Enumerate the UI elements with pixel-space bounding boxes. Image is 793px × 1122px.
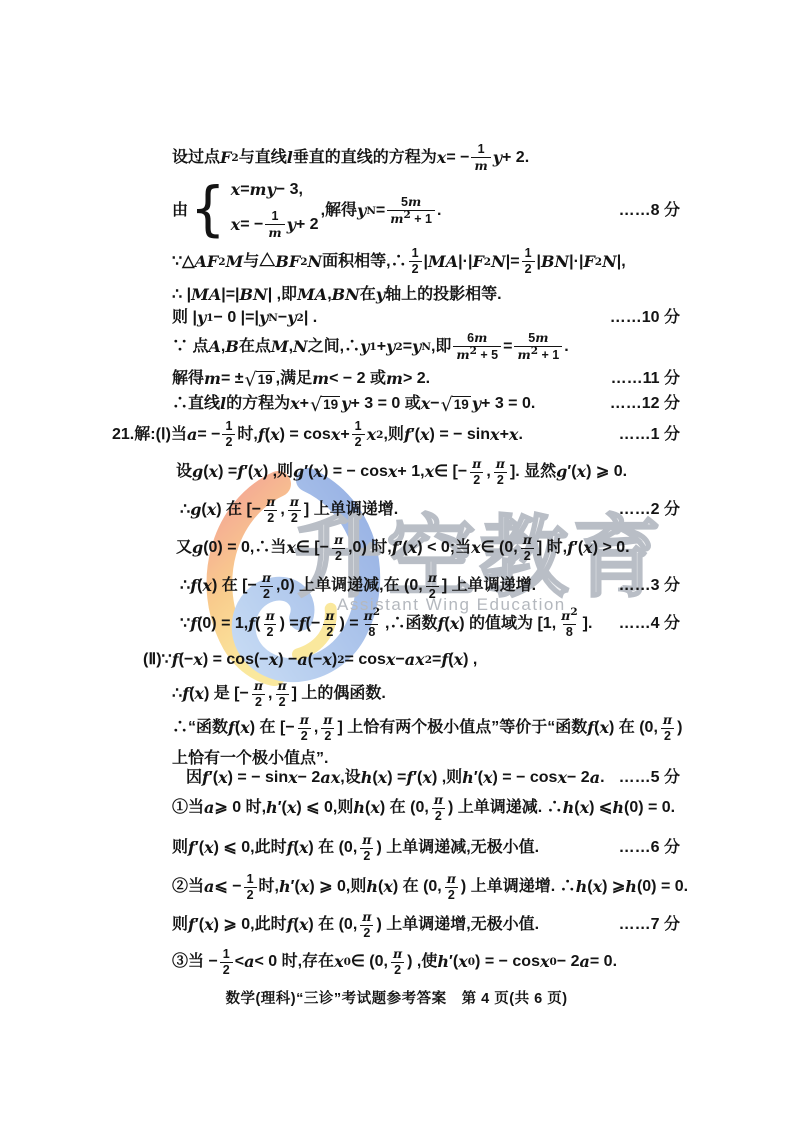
answer-line: 21.解:(Ⅰ)当 a = − 12 时,f(x) = cosx + 12x2,… <box>112 419 680 450</box>
math-variable: x <box>253 462 263 482</box>
math-variable: f <box>190 576 197 596</box>
text-run: 上恰有一个极小值点”. <box>172 749 328 769</box>
text-run: ) 在 [− <box>250 718 295 738</box>
math-variable: N <box>491 252 506 272</box>
text-run: 2 <box>324 729 331 743</box>
math-variable: f <box>587 718 594 738</box>
fraction-numerator: 1 <box>475 142 488 157</box>
text-run: 2 <box>525 262 532 276</box>
math-variable: a <box>187 425 197 445</box>
math-variable: h <box>353 798 365 818</box>
math-variable: f <box>237 462 244 482</box>
text-run: ) = <box>339 614 358 634</box>
text-run: ) = − sin <box>430 425 490 445</box>
answer-line: ∴g(x) 在 [− π2,π2] 上单调递增.……2 分 <box>180 494 680 526</box>
text-run: 与直线 <box>239 148 287 168</box>
fraction-denominator: 2 <box>409 261 422 277</box>
text-run: (0) = 0. <box>624 798 675 818</box>
math-fraction: π2 <box>425 570 440 602</box>
math-variable: m <box>474 158 487 173</box>
text-run: ∵ <box>180 614 190 634</box>
text-run: ) ⩽ <box>589 798 612 818</box>
text-run: = <box>403 337 412 357</box>
math-variable: π <box>265 608 274 623</box>
radicand: 19 <box>256 371 275 389</box>
math-variable: MA <box>428 252 458 272</box>
text-run: ) = − cos <box>323 462 388 482</box>
math-fraction: 12 <box>352 419 365 450</box>
text-run: = − <box>240 215 263 235</box>
math-variable: x <box>437 148 447 168</box>
text-run: ∈ (0, <box>351 952 388 972</box>
math-variable: x <box>299 838 309 858</box>
text-run: ,0) 上单调递减,在 (0, <box>276 576 423 596</box>
fraction-denominator: 2 <box>470 472 483 488</box>
math-radical: √19 <box>441 396 471 415</box>
text-run: , <box>268 684 272 704</box>
text-run: ∈ [− <box>434 462 467 482</box>
answer-line: ∴ f(x) 在 [− π2,0) 上单调递减,在 (0,π2] 上单调递增.…… <box>180 570 680 602</box>
text-run: 1 <box>355 419 362 433</box>
math-variable: y <box>386 337 395 357</box>
text-run: 则 <box>172 838 188 858</box>
text-run: ) ⩽ 0,此时 <box>214 838 287 858</box>
text-run: (0) = 0,∴当 <box>203 538 286 558</box>
math-fraction: π2 <box>493 456 508 488</box>
text-run: ) ,则 <box>432 768 462 788</box>
radicand: 19 <box>452 396 471 414</box>
math-variable: f <box>287 915 294 935</box>
text-run: 2 <box>263 587 270 601</box>
math-fraction: 5mm2 + 1 <box>514 330 562 363</box>
text-run: ②当 <box>172 877 204 897</box>
text-run: |=| <box>221 285 239 305</box>
text-run: , <box>486 462 490 482</box>
math-fraction: π2 <box>469 456 484 488</box>
text-run: 1 <box>478 142 485 156</box>
text-run: 2 <box>267 511 274 525</box>
text-run: ①当 <box>172 798 204 818</box>
math-variable: y <box>287 308 296 328</box>
system-row: x = my − 3, <box>231 180 319 200</box>
text-run: , <box>314 718 318 738</box>
math-variable: a <box>590 768 600 788</box>
fraction-denominator: 2 <box>244 887 257 903</box>
fraction-denominator: m2 + 5 <box>453 346 501 363</box>
fraction-denominator: 2 <box>321 728 334 744</box>
text-run: ) 的值域为 [1, <box>459 614 556 634</box>
math-fraction: 1m <box>471 142 490 174</box>
math-variable: f <box>258 425 265 445</box>
text-run: ) ,则 <box>263 462 293 482</box>
text-run: |, <box>617 252 626 272</box>
system-rows: x = my − 3,x = − 1my + 2 <box>231 180 319 241</box>
text-run: ∈ [− <box>296 538 329 558</box>
text-run: ) 上单调递增. ∴ <box>461 877 576 897</box>
fraction-numerator: 5m <box>525 330 551 346</box>
text-run: ,∴函数 <box>385 614 437 634</box>
math-variable: x <box>422 768 432 788</box>
text-run: 2 <box>223 963 230 977</box>
text-run: ] 上单调递增. <box>442 576 536 596</box>
answer-line: ∴f(x) 是 [− π2,π2] 上的偶函数. <box>172 678 680 710</box>
math-variable: m <box>408 194 421 209</box>
math-variable: y <box>341 394 350 414</box>
text-run: (− <box>306 614 321 634</box>
math-variable: x <box>207 500 217 520</box>
math-variable: x <box>313 462 323 482</box>
math-variable: x <box>299 915 309 935</box>
answer-line: 则 f′(x) ⩽ 0,此时 f(x) 在 (0,π2) 上单调递减,无极小值.… <box>172 832 680 864</box>
math-variable: f <box>190 614 197 634</box>
text-run: 2 <box>664 729 671 743</box>
text-run: ′( <box>278 798 287 818</box>
text-run: 2 <box>291 511 298 525</box>
text-run: + <box>500 425 509 445</box>
score-mark: ……6 分 <box>619 838 680 858</box>
math-superscript: 2 <box>570 606 577 618</box>
math-fraction: 1m <box>265 209 284 241</box>
fraction-numerator: π <box>322 608 337 624</box>
text-run: ) = cos(− <box>203 650 269 670</box>
math-variable: N <box>293 337 308 357</box>
fraction-numerator: 6m <box>464 330 490 346</box>
answer-line: ①当 a ⩾ 0 时,h′(x) ⩽ 0,则 h(x) 在 (0,π2) 上单调… <box>172 792 680 824</box>
math-variable: π <box>523 532 532 547</box>
text-run: ) 在 (0, <box>393 877 442 897</box>
math-variable: a <box>580 952 590 972</box>
text-run: ] 上单调递增. <box>304 500 398 520</box>
math-fraction: 12 <box>409 246 422 277</box>
math-fraction: π2 <box>263 494 278 526</box>
text-run: + 1 <box>411 212 432 226</box>
text-run: 5 <box>401 195 408 209</box>
math-variable: f <box>437 614 444 634</box>
text-run: ) 是 [− <box>204 684 249 704</box>
math-variable: m <box>456 347 469 362</box>
math-variable: π <box>428 570 437 585</box>
math-variable: m <box>312 369 329 389</box>
fraction-denominator: 2 <box>432 808 445 824</box>
math-variable: h <box>279 877 291 897</box>
text-run: ) = <box>387 768 406 788</box>
math-variable: m <box>535 330 548 345</box>
fraction-numerator: π <box>493 456 508 472</box>
text-run: ] 时, <box>537 538 567 558</box>
math-variable: y <box>287 215 296 235</box>
math-fraction: π2 <box>251 678 266 710</box>
system-brace: { <box>190 184 226 237</box>
text-run: 在 <box>360 285 376 305</box>
math-variable: x <box>286 538 296 558</box>
fraction-numerator: 1 <box>522 246 535 261</box>
math-variable: g <box>192 538 203 558</box>
answer-line: 上恰有一个极小值点”. <box>172 749 680 769</box>
math-variable: x <box>334 952 344 972</box>
text-run: ∴ <box>172 684 182 704</box>
text-run: ′( <box>399 538 408 558</box>
text-run: 2 <box>355 435 362 449</box>
fraction-denominator: 2 <box>222 434 235 450</box>
text-run: − 2 <box>567 768 590 788</box>
math-variable: h <box>437 952 449 972</box>
score-mark: ……7 分 <box>619 915 680 935</box>
text-run: 2 <box>326 625 333 639</box>
math-variable: a <box>244 952 254 972</box>
math-variable: x <box>557 768 567 788</box>
answer-line: 由 {x = my − 3,x = − 1my + 2,解得 yN = 5mm2… <box>172 180 680 241</box>
text-run: ) ,使 <box>407 952 437 972</box>
fraction-numerator: π <box>469 456 484 472</box>
math-fraction: π2 <box>431 792 446 824</box>
math-variable: f <box>404 425 411 445</box>
text-run: + 3 = 0. <box>481 394 535 414</box>
math-fraction: 6mm2 + 5 <box>453 330 501 363</box>
text-run: 2 <box>497 473 504 487</box>
math-variable: x <box>202 576 212 596</box>
math-variable: f <box>299 614 306 634</box>
text-run: 2 <box>435 809 442 823</box>
math-variable: N <box>602 252 617 272</box>
math-variable: x <box>269 650 279 670</box>
text-run: ) = − cos <box>493 768 558 788</box>
answer-line: ∴“函数 f(x) 在 [− π2,π2] 上恰有两个极小值点”等价于“函数 f… <box>172 712 680 744</box>
math-variable: h <box>625 877 637 897</box>
math-variable: x <box>331 425 341 445</box>
math-variable: π <box>561 608 570 623</box>
text-run: ,0) 时, <box>348 538 392 558</box>
math-variable: π <box>364 608 373 623</box>
text-run: ′( <box>195 915 204 935</box>
text-run: 解得 <box>172 369 204 389</box>
math-variable: π <box>472 456 481 471</box>
fraction-denominator: 2 <box>298 728 311 744</box>
math-variable: g <box>192 462 203 482</box>
math-variable: x <box>471 538 481 558</box>
math-variable: A <box>208 337 220 357</box>
text-run: 又 <box>176 538 192 558</box>
fraction-numerator: 1 <box>244 872 257 887</box>
math-fraction: π2 <box>320 712 335 744</box>
text-run: . <box>437 201 441 221</box>
math-variable: f <box>406 768 413 788</box>
text-run: |·| <box>569 252 583 272</box>
math-variable: g <box>293 462 304 482</box>
math-fraction: π2 <box>359 832 374 864</box>
fraction-numerator: π <box>390 946 405 962</box>
math-variable: f <box>182 684 189 704</box>
math-variable: m <box>386 369 403 389</box>
math-variable: x <box>593 877 603 897</box>
math-variable: x <box>378 768 388 788</box>
text-run: 的方程为 <box>226 394 290 414</box>
math-variable: m <box>268 225 281 240</box>
radicand: 19 <box>321 396 340 414</box>
math-variable: x <box>231 180 241 200</box>
text-run: ,设 <box>340 768 360 788</box>
text-run: ′( <box>244 462 253 482</box>
math-variable: F <box>472 252 483 272</box>
text-run: 与△ <box>243 252 275 272</box>
text-run: − <box>395 650 404 670</box>
fraction-numerator: π <box>274 678 289 694</box>
text-run: 2 <box>429 587 436 601</box>
text-run: 2 <box>394 963 401 977</box>
text-run: . <box>564 337 568 357</box>
answer-line: ②当 a ⩽ − 12 时,h′(x) ⩾ 0,则 h(x) 在 (0,π2) … <box>172 871 680 903</box>
math-variable: f <box>188 915 195 935</box>
math-variable: x <box>218 768 228 788</box>
text-run: ) 在 (0, <box>308 915 357 935</box>
text-run: 轴上的投影相等. <box>385 285 501 305</box>
text-run: ′( <box>209 768 218 788</box>
math-variable: y <box>493 148 502 168</box>
text-run: ∈ (0, <box>481 538 518 558</box>
answer-line: 因 f′(x) = − sinx − 2ax ,设 h(x) = f′(x) ,… <box>186 768 680 788</box>
text-run: 1 <box>225 419 232 433</box>
text-run: 2 <box>301 729 308 743</box>
fraction-denominator: 2 <box>426 586 439 602</box>
math-variable: BN <box>541 252 569 272</box>
text-run: ) = <box>280 614 299 634</box>
math-variable: MA <box>191 285 221 305</box>
math-variable: x <box>193 650 203 670</box>
fraction-numerator: π <box>444 871 459 887</box>
answer-line: (Ⅱ)∵f(− x) = cos(− x) − a (− x)2 = cosx … <box>143 650 680 670</box>
fraction-numerator: π <box>262 608 277 624</box>
text-run: 2 <box>335 549 342 563</box>
text-run: + 5 <box>477 348 498 362</box>
math-variable: π <box>266 494 275 509</box>
fraction-numerator: 1 <box>352 419 365 434</box>
text-run: ′( <box>195 838 204 858</box>
math-variable: my <box>250 180 276 200</box>
math-variable: h <box>576 877 588 897</box>
answer-line: ∴直线 l 的方程为 x + √19y + 3 = 0 或 x − √19y +… <box>172 394 680 414</box>
text-run: 因 <box>186 768 202 788</box>
math-variable: h <box>366 877 378 897</box>
text-run: 21.解:(Ⅰ)当 <box>112 425 187 445</box>
text-run: + <box>377 337 386 357</box>
math-variable: x <box>580 798 590 818</box>
text-run: 由 <box>172 201 188 221</box>
text-run: (− <box>179 650 194 670</box>
text-run: ∴ <box>180 500 190 520</box>
math-fraction: π2 <box>322 608 337 640</box>
math-variable: f <box>287 838 294 858</box>
fraction-numerator: π <box>297 712 312 728</box>
fraction-denominator: 2 <box>332 548 345 564</box>
text-run: ) 上单调递增,无极小值. <box>376 915 539 935</box>
text-run: 8 <box>566 625 573 639</box>
math-fraction: π2 <box>520 532 535 564</box>
math-variable: x <box>290 394 300 414</box>
math-variable: a <box>297 650 307 670</box>
text-run: = ± <box>221 369 244 389</box>
fraction-numerator: π <box>359 832 374 848</box>
math-variable: ax <box>405 650 425 670</box>
answer-line: 又 g(0) = 0,∴当 x ∈ [− π2,0) 时,f′(x) < 0;当… <box>176 532 680 564</box>
text-run: ∴直线 <box>172 394 220 414</box>
math-variable: x <box>509 425 519 445</box>
score-mark: ……8 分 <box>619 201 680 221</box>
math-superscript: 2 <box>404 209 411 221</box>
math-variable: BN <box>240 285 268 305</box>
math-variable: π <box>362 832 371 847</box>
text-run: − <box>278 308 287 328</box>
text-run: 时, <box>237 425 257 445</box>
math-variable: π <box>325 608 334 623</box>
fraction-denominator: 2 <box>288 510 301 526</box>
text-run: ) < 0;当 <box>417 538 471 558</box>
text-run: ′( <box>413 768 422 788</box>
text-run: 8 <box>368 625 375 639</box>
math-radical: √19 <box>245 371 275 390</box>
math-variable: m <box>204 369 221 389</box>
fraction-numerator: π2 <box>361 608 383 624</box>
math-variable: π <box>300 712 309 727</box>
text-run: 1 <box>247 872 254 886</box>
fraction-numerator: π <box>359 909 374 925</box>
fraction-numerator: π2 <box>558 608 580 624</box>
math-variable: x <box>454 650 464 670</box>
math-variable: h <box>361 768 373 788</box>
text-run: < 0 时,存在 <box>254 952 334 972</box>
fraction-denominator: 2 <box>264 624 277 640</box>
text-run: ) 在 [− <box>212 576 257 596</box>
math-variable: ax <box>320 768 340 788</box>
fraction-denominator: 2 <box>522 261 535 277</box>
text-run: ) 上单调递减,无极小值. <box>376 838 539 858</box>
text-run: ) 在 (0, <box>380 798 429 818</box>
text-run: ) ⩾ 0,此时 <box>214 915 287 935</box>
math-variable: π <box>434 792 443 807</box>
math-variable: h <box>462 768 474 788</box>
math-fraction: π2 <box>660 712 675 744</box>
math-variable: g <box>556 462 567 482</box>
text-run: ,即 <box>431 337 451 357</box>
math-variable: x <box>421 394 431 414</box>
score-mark: ……1 分 <box>619 425 680 445</box>
fraction-denominator: 2 <box>521 548 534 564</box>
math-fraction: π2 <box>274 678 289 710</box>
text-run: 2 <box>524 549 531 563</box>
math-variable: f <box>172 650 179 670</box>
fraction-numerator: 1 <box>268 209 281 224</box>
text-run: 设过点 <box>172 148 220 168</box>
fraction-denominator: 2 <box>360 925 373 941</box>
fraction-numerator: 1 <box>220 947 233 962</box>
text-run: | . <box>304 308 317 328</box>
equation-system: {x = my − 3,x = − 1my + 2 <box>190 180 319 241</box>
text-run: ∵ 点 <box>172 337 208 357</box>
text-run: , <box>280 500 284 520</box>
math-variable: x <box>583 538 593 558</box>
text-run: 则 <box>172 915 188 935</box>
text-run: 之间,∴ <box>308 337 360 357</box>
text-run: ′( <box>291 877 300 897</box>
text-run: 2 <box>255 695 262 709</box>
math-variable: M <box>271 337 289 357</box>
math-variable: π <box>290 494 299 509</box>
math-variable: BN <box>332 285 360 305</box>
text-run: 则 | <box>172 308 197 328</box>
math-variable: BF <box>275 252 300 272</box>
math-superscript: 2 <box>531 345 538 357</box>
text-run: = <box>432 650 441 670</box>
text-run: 在点 <box>239 337 271 357</box>
text-run: ′( <box>474 768 483 788</box>
